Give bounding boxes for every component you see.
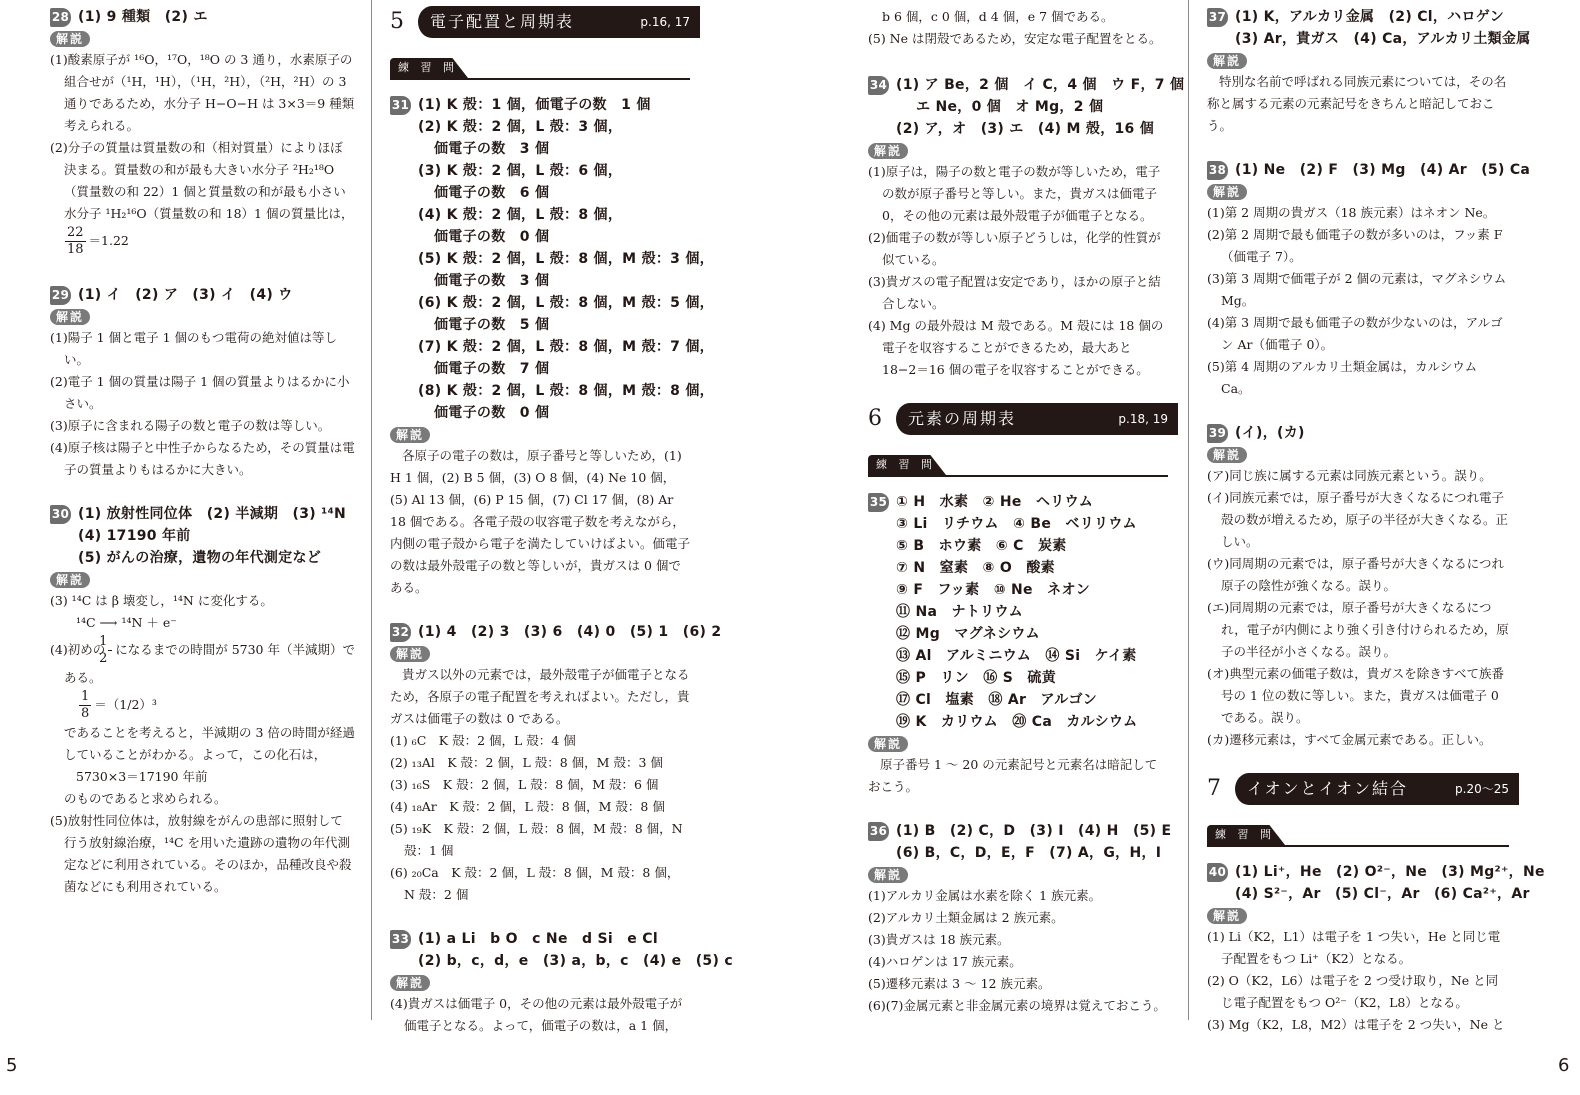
answer-block-32: 32 (1) 4 (2) 3 (3) 6 (4) 0 (5) 1 (6) 2 解… <box>390 621 690 906</box>
answer-block-28: 28 (1) 9 種類 (2) エ 解説 (1)酸素原子が ¹⁶O，¹⁷O，¹⁸… <box>50 6 355 258</box>
page-number-right: 6 <box>1558 1055 1569 1076</box>
answer-block-40: 40 (1) Li⁺，He (2) O²⁻，Ne (3) Mg²⁺，Ne (4)… <box>1207 861 1509 1036</box>
chapter-title: 元素の周期表 <box>908 407 1016 431</box>
column-divider <box>1188 0 1189 1020</box>
question-number-badge: 28 <box>50 8 71 27</box>
chapter-page-ref: p.18, 19 <box>1118 409 1168 429</box>
chapter-header-6: 6 元素の周期表 p.18, 19 <box>868 403 1168 435</box>
explanation-28: (1)酸素原子が ¹⁶O，¹⁷O，¹⁸O の 3 通り，水素原子の組合せが（¹H… <box>50 49 355 258</box>
question-number-badge: 34 <box>868 76 889 95</box>
question-number-badge: 30 <box>50 505 71 524</box>
column-3: b 6 個，c 0 個，d 4 個，e 7 個である。 (5) Ne は閉殻であ… <box>868 6 1168 1039</box>
question-number-badge: 38 <box>1207 161 1228 180</box>
chapter-number: 6 <box>868 405 882 433</box>
answer-33: 33 (1) a Li b O c Ne d Si e Cl (2) b，c，d… <box>390 928 690 972</box>
explanation-label: 解説 <box>1207 908 1247 924</box>
question-number-badge: 35 <box>868 493 889 512</box>
explanation-37: 特別な名前で呼ばれる同族元素については，その名称と属する元素の元素記号をきちんと… <box>1207 71 1509 137</box>
answer-block-35: 35 ① H 水素 ② He ヘリウム ③ Li リチウム ④ Be ベリリウム… <box>868 491 1168 798</box>
explanation-30: (3) ¹⁴C は β 壊変し，¹⁴N に変化する。 ¹⁴C ⟶ ¹⁴N ＋ e… <box>50 590 355 898</box>
fraction-formula: 2218＝1.22 <box>50 225 355 258</box>
chapter-number: 7 <box>1207 775 1221 803</box>
question-number-badge: 40 <box>1207 863 1228 882</box>
question-number-badge: 36 <box>868 822 889 841</box>
explanation-label: 解説 <box>390 646 430 662</box>
chapter-title: 電子配置と周期表 <box>430 10 574 34</box>
answer-35: 35 ① H 水素 ② He ヘリウム ③ Li リチウム ④ Be ベリリウム… <box>868 491 1168 733</box>
question-number-badge: 37 <box>1207 8 1228 27</box>
explanation-label: 解説 <box>1207 53 1247 69</box>
answer-block-36: 36 (1) B (2) C，D (3) I (4) H (5) E (6) B… <box>868 820 1168 1017</box>
chapter-page-ref: p.16, 17 <box>640 12 690 32</box>
chapter-page-ref: p.20〜25 <box>1455 779 1509 799</box>
chapter-number: 5 <box>390 8 404 36</box>
answer-30: 30 (1) 放射性同位体 (2) 半減期 (3) ¹⁴N (4) 17190 … <box>50 503 355 569</box>
answer-block-30: 30 (1) 放射性同位体 (2) 半減期 (3) ¹⁴N (4) 17190 … <box>50 503 355 898</box>
page-number-left: 5 <box>6 1055 17 1076</box>
question-number-badge: 31 <box>390 96 411 115</box>
answer-37: 37 (1) K，アルカリ金属 (2) Cl，ハロゲン (3) Ar，貴ガス (… <box>1207 6 1509 50</box>
answer-block-33: 33 (1) a Li b O c Ne d Si e Cl (2) b，c，d… <box>390 928 690 1037</box>
answer-39: 39 (イ)，(カ) <box>1207 422 1509 444</box>
question-number-badge: 33 <box>390 930 411 949</box>
column-1: 28 (1) 9 種類 (2) エ 解説 (1)酸素原子が ¹⁶O，¹⁷O，¹⁸… <box>50 6 355 920</box>
practice-problems-header: 練 習 問 題 <box>390 56 690 80</box>
explanation-label: 解説 <box>50 309 90 325</box>
answer-40: 40 (1) Li⁺，He (2) O²⁻，Ne (3) Mg²⁺，Ne (4)… <box>1207 861 1509 905</box>
explanation-36: (1)アルカリ金属は水素を除く 1 族元素。 (2)アルカリ土類金属は 2 族元… <box>868 885 1168 1017</box>
column-2: 5 電子配置と周期表 p.16, 17 練 習 問 題 31 (1) K 殻：1… <box>390 0 690 1059</box>
explanation-label: 解説 <box>50 31 90 47</box>
chapter-header-7: 7 イオンとイオン結合 p.20〜25 <box>1207 773 1509 805</box>
explanation-40: (1) Li（K2，L1）は電子を 1 つ失い，He と同じ電子配置をもつ Li… <box>1207 926 1509 1036</box>
explanation-33: (4)貴ガスは価電子 0，その他の元素は最外殻電子が価電子となる。よって，価電子… <box>390 993 690 1037</box>
practice-problems-header: 練 習 問 題 <box>1207 823 1509 847</box>
column-4: 37 (1) K，アルカリ金属 (2) Cl，ハロゲン (3) Ar，貴ガス (… <box>1207 6 1509 1058</box>
answer-block-38: 38 (1) Ne (2) F (3) Mg (4) Ar (5) Ca 解説 … <box>1207 159 1509 400</box>
answer-block-37: 37 (1) K，アルカリ金属 (2) Cl，ハロゲン (3) Ar，貴ガス (… <box>1207 6 1509 137</box>
question-number-badge: 39 <box>1207 424 1228 443</box>
answer-32: 32 (1) 4 (2) 3 (3) 6 (4) 0 (5) 1 (6) 2 <box>390 621 690 643</box>
explanation-label: 解説 <box>868 143 908 159</box>
column-divider <box>371 0 372 1020</box>
explanation-35: 原子番号 1 〜 20 の元素記号と元素名は暗記しておこう。 <box>868 754 1168 798</box>
chapter-header-5: 5 電子配置と周期表 p.16, 17 <box>390 6 690 38</box>
explanation-32: 貴ガス以外の元素では，最外殻電子が価電子となるため，各原子の電子配置を考えればよ… <box>390 664 690 906</box>
explanation-38: (1)第 2 周期の貴ガス（18 族元素）はネオン Ne。 (2)第 2 周期で… <box>1207 202 1509 400</box>
chapter-title: イオンとイオン結合 <box>1247 777 1408 801</box>
answer-31: 31 (1) K 殻：1 個，価電子の数 1 個 (2) K 殻：2 個，L 殻… <box>390 94 690 424</box>
answer-block-33-continued: b 6 個，c 0 個，d 4 個，e 7 個である。 (5) Ne は閉殻であ… <box>868 6 1168 50</box>
answer-34: 34 (1) ア Be，2 個 イ C，4 個 ウ F，7 個 エ Ne，0 個… <box>868 74 1168 140</box>
explanation-label: 解説 <box>868 736 908 752</box>
explanation-31: 各原子の電子の数は，原子番号と等しいため，(1) H 1 個，(2) B 5 個… <box>390 445 690 599</box>
explanation-label: 解説 <box>50 572 90 588</box>
explanation-39: (ア)同じ族に属する元素は同族元素という。誤り。 (イ)同族元素では，原子番号が… <box>1207 465 1509 751</box>
explanation-label: 解説 <box>1207 184 1247 200</box>
answer-block-29: 29 (1) イ (2) ア (3) イ (4) ウ 解説 (1)陽子 1 個と… <box>50 284 355 481</box>
answer-block-34: 34 (1) ア Be，2 個 イ C，4 個 ウ F，7 個 エ Ne，0 個… <box>868 74 1168 381</box>
question-number-badge: 29 <box>50 286 71 305</box>
answer-38: 38 (1) Ne (2) F (3) Mg (4) Ar (5) Ca <box>1207 159 1509 181</box>
answer-36: 36 (1) B (2) C，D (3) I (4) H (5) E (6) B… <box>868 820 1168 864</box>
explanation-label: 解説 <box>1207 447 1247 463</box>
answer-block-31: 31 (1) K 殻：1 個，価電子の数 1 個 (2) K 殻：2 個，L 殻… <box>390 94 690 599</box>
answer-28: 28 (1) 9 種類 (2) エ <box>50 6 355 28</box>
question-number-badge: 32 <box>390 623 411 642</box>
answer-block-39: 39 (イ)，(カ) 解説 (ア)同じ族に属する元素は同族元素という。誤り。 (… <box>1207 422 1509 751</box>
explanation-29: (1)陽子 1 個と電子 1 個のもつ電荷の絶対値は等しい。 (2)電子 1 個… <box>50 327 355 481</box>
explanation-34: (1)原子は，陽子の数と電子の数が等しいため，電子の数が原子番号と等しい。また，… <box>868 161 1168 381</box>
explanation-label: 解説 <box>390 427 430 443</box>
answer-29: 29 (1) イ (2) ア (3) イ (4) ウ <box>50 284 355 306</box>
practice-problems-header: 練 習 問 題 <box>868 453 1168 477</box>
explanation-label: 解説 <box>868 867 908 883</box>
explanation-label: 解説 <box>390 975 430 991</box>
